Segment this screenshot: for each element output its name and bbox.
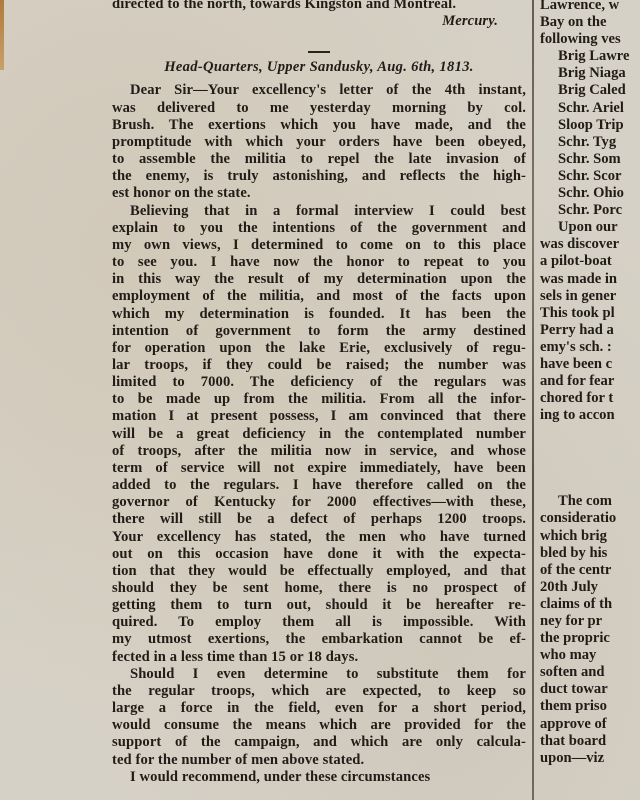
vessel-item: Schr. Tyg [540, 134, 640, 151]
text-line: the regular troops, which are expected, … [112, 683, 526, 700]
text-line: upon—viz [540, 750, 640, 767]
vessel-item: Brig Lawre [540, 48, 640, 65]
text-line: will be a great deficiency in the contem… [112, 426, 526, 443]
paragraph-1: Dear Sir—Your excellency's letter of the… [112, 82, 526, 202]
right-paragraph-2: The comconsideratiowhich brigbled by his… [540, 493, 640, 767]
text-line: the enemy, is truly astonishing, and ref… [112, 168, 526, 185]
text-line: my utmost exertions, the embarkation can… [112, 631, 526, 648]
text-line: there will still be a defect of perhaps … [112, 511, 526, 528]
text-line: have been c [540, 356, 640, 373]
text-line: fected in a less time than 15 or 18 days… [112, 649, 526, 666]
text-line: Bay on the [540, 14, 640, 31]
text-line: bled by his [540, 545, 640, 562]
page-edge [0, 0, 4, 70]
text-line: and for fear [540, 373, 640, 390]
column-divider [532, 0, 534, 800]
text-line: was delivered to me yesterday morning by… [112, 100, 526, 117]
dateline: Head-Quarters, Upper Sandusky, Aug. 6th,… [112, 59, 526, 76]
text-line: This took pl [540, 305, 640, 322]
text-line: 20th July [540, 579, 640, 596]
text-line: tion that they would be effectually empl… [112, 563, 526, 580]
text-line: to assemble the militia to repel the lat… [112, 151, 526, 168]
paragraph-3: Should I even determine to substitute th… [112, 666, 526, 769]
text-line: duct towar [540, 681, 640, 698]
right-paragraph-1: Upon ourwas discovera pilot-boatwas made… [540, 219, 640, 424]
text-line: Upon our [540, 219, 640, 236]
text-line: approve of [540, 716, 640, 733]
vessel-item: Schr. Som [540, 151, 640, 168]
text-line: Dear Sir—Your excellency's letter of the… [112, 82, 526, 99]
text-line: governor of Kentucky for 2000 effectives… [112, 494, 526, 511]
text-line: chored for t [540, 390, 640, 407]
text-line: explain to you the intentions of the gov… [112, 220, 526, 237]
text-line: The com [540, 493, 640, 510]
text-line: to be made up from the militia. From all… [112, 391, 526, 408]
text-line: the propric [540, 630, 640, 647]
main-column: directed to the north, towards Kingston … [112, 0, 526, 786]
text-line: limited to 7000. The deficiency of the r… [112, 374, 526, 391]
text-line: Brush. The exertions which you have made… [112, 117, 526, 134]
text-line: for operation upon the lake Erie, exclus… [112, 340, 526, 357]
text-line: in this way the result of my determinati… [112, 271, 526, 288]
right-column: Lawrence, wBay on thefollowing ves Brig … [540, 0, 640, 767]
vessel-item: Schr. Ohio [540, 185, 640, 202]
paragraph-2: Believing that in a formal interview I c… [112, 203, 526, 666]
source-attribution: Mercury. [112, 13, 526, 30]
text-line: that board [540, 733, 640, 750]
text-line: should they be sent home, there is no pr… [112, 580, 526, 597]
text-line: would consume the means which are provid… [112, 717, 526, 734]
text-line: Your excellency has stated, the men who … [112, 529, 526, 546]
text-line: Should I even determine to substitute th… [112, 666, 526, 683]
text-line: intention of government to form the army… [112, 323, 526, 340]
vessel-item: Brig Caled [540, 82, 640, 99]
text-line: which brig [540, 528, 640, 545]
text-line: est honor on the state. [112, 185, 526, 202]
text-line: who may [540, 647, 640, 664]
text-line: Perry had a [540, 322, 640, 339]
text-line: added to the regulars. I have therefore … [112, 477, 526, 494]
text-line: them priso [540, 698, 640, 715]
text-line: which my determination is founded. It ha… [112, 306, 526, 323]
text-line: ney for pr [540, 613, 640, 630]
column-gap [540, 424, 640, 493]
text-line: soften and [540, 664, 640, 681]
text-line: out on this occasion have done it with t… [112, 546, 526, 563]
text-line: quired. To employ them all is impossible… [112, 614, 526, 631]
text-line: following ves [540, 31, 640, 48]
text-line: was made in [540, 271, 640, 288]
text-line: getting them to turn out, should it be h… [112, 597, 526, 614]
vessel-item: Schr. Ariel [540, 100, 640, 117]
vessel-item: Schr. Porc [540, 202, 640, 219]
right-intro: Lawrence, wBay on thefollowing ves [540, 0, 640, 48]
text-line: a pilot-boat [540, 253, 640, 270]
text-line: ing to accon [540, 407, 640, 424]
text-line: support of the campaign, and which are o… [112, 734, 526, 751]
text-line: mation I at present possess, I am convin… [112, 408, 526, 425]
text-line: was discover [540, 236, 640, 253]
text-line: I would recommend, under these circumsta… [112, 769, 526, 786]
text-line: large a force in the field, even for a s… [112, 700, 526, 717]
text-line: ted for the number of men above stated. [112, 752, 526, 769]
text-line: emy's sch. : [540, 339, 640, 356]
text-line: my own views, I determined to come on to… [112, 237, 526, 254]
text-line: promptitude with which your orders have … [112, 134, 526, 151]
text-line: Believing that in a formal interview I c… [112, 203, 526, 220]
vessel-item: Schr. Scor [540, 168, 640, 185]
text-line: to see you. I have now the honor to repe… [112, 254, 526, 271]
text-line: lar troops, if they could be raised; the… [112, 357, 526, 374]
text-line: of troops, after the militia now in serv… [112, 443, 526, 460]
vessel-item: Sloop Trip [540, 117, 640, 134]
text-line: directed to the north, towards Kingston … [112, 0, 526, 13]
section-rule [308, 51, 330, 53]
paragraph-4: I would recommend, under these circumsta… [112, 769, 526, 786]
text-line: of the centr [540, 562, 640, 579]
vessel-list: Brig LawreBrig NiagaBrig CaledSchr. Arie… [540, 48, 640, 219]
text-line: consideratio [540, 510, 640, 527]
text-line: sels in gener [540, 288, 640, 305]
text-line: term of service will not expire immediat… [112, 460, 526, 477]
text-line: Lawrence, w [540, 0, 640, 14]
text-line: employment of the militia, and most of t… [112, 288, 526, 305]
vessel-item: Brig Niaga [540, 65, 640, 82]
text-line: claims of th [540, 596, 640, 613]
